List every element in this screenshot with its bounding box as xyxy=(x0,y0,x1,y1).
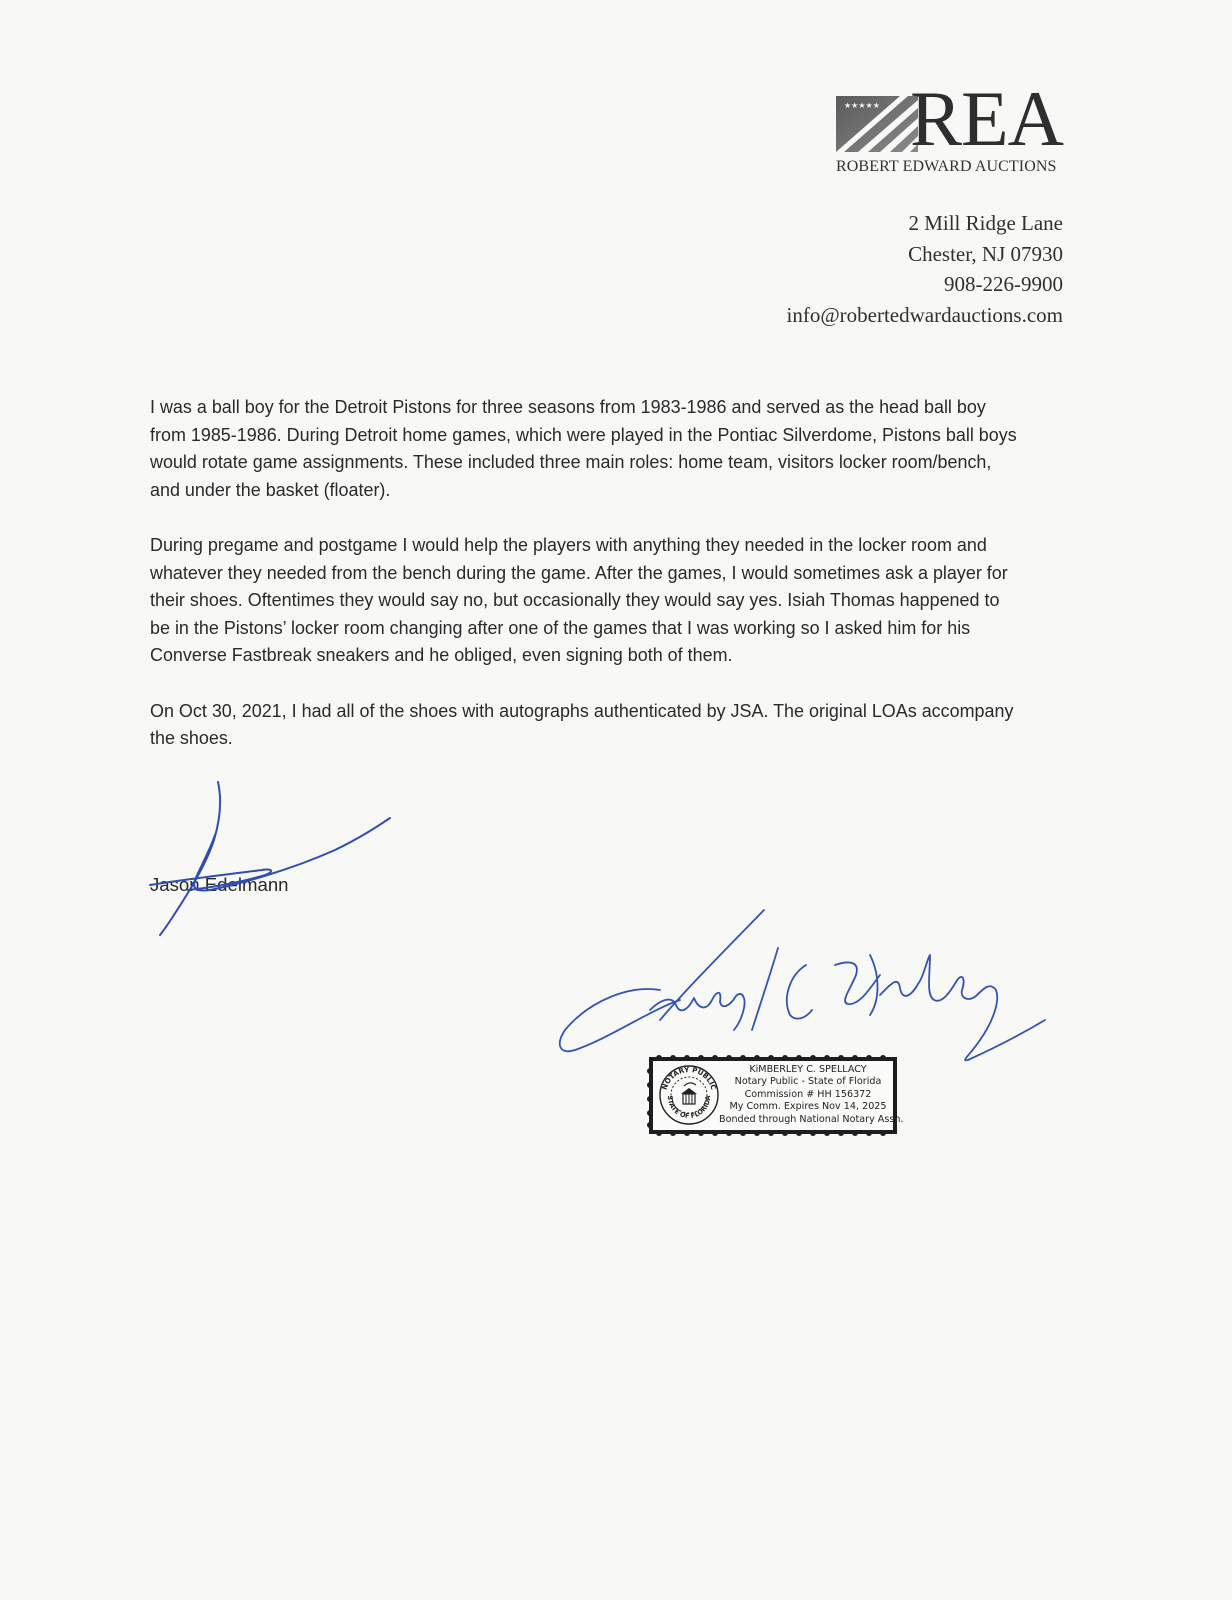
company-name: ROBERT EDWARD AUCTIONS xyxy=(836,158,1057,176)
svg-text:NOTARY PUBLIC: NOTARY PUBLIC xyxy=(661,1066,718,1091)
notary-signature xyxy=(560,910,1045,1060)
address-phone: 908-226-9900 xyxy=(787,269,1064,300)
rea-logo: ★★★★★ REA ROBERT EDWARD AUCTIONS xyxy=(836,94,1066,180)
notary-expiration: My Comm. Expires Nov 14, 2025 xyxy=(719,1101,897,1113)
flag-stripes-icon: ★★★★★ xyxy=(836,96,918,152)
svg-text:★★★★★: ★★★★★ xyxy=(844,101,880,110)
signer-signature xyxy=(150,782,390,935)
letter-body: I was a ball boy for the Detroit Pistons… xyxy=(150,393,1019,779)
logo-wordmark: REA xyxy=(910,80,1063,158)
notary-commission: Commission # HH 156372 xyxy=(719,1089,897,1101)
notary-title: Notary Public - State of Florida xyxy=(719,1076,897,1088)
address-email: info@robertedwardauctions.com xyxy=(787,300,1064,331)
body-paragraph: During pregame and postgame I would help… xyxy=(150,531,1019,669)
address-city: Chester, NJ 07930 xyxy=(787,239,1064,270)
notary-seal-icon: NOTARY PUBLIC STATE OF FLORIDA xyxy=(658,1064,720,1126)
signer-name: Jason Edelmann xyxy=(150,874,289,896)
address-block: 2 Mill Ridge Lane Chester, NJ 07930 908-… xyxy=(787,208,1064,330)
stamp-text: KiMBERLEY C. SPELLACY Notary Public - St… xyxy=(719,1064,897,1126)
notary-bond: Bonded through National Notary Assn. xyxy=(719,1114,897,1126)
notary-name: KiMBERLEY C. SPELLACY xyxy=(719,1064,897,1076)
notary-stamp: NOTARY PUBLIC STATE OF FLORIDA KiMBERLEY… xyxy=(647,1055,899,1136)
letter-page: ★★★★★ REA ROBERT EDWARD AUCTIONS 2 Mill … xyxy=(0,0,1232,1600)
body-paragraph: On Oct 30, 2021, I had all of the shoes … xyxy=(150,697,1019,752)
body-paragraph: I was a ball boy for the Detroit Pistons… xyxy=(150,393,1019,503)
address-street: 2 Mill Ridge Lane xyxy=(787,208,1064,239)
